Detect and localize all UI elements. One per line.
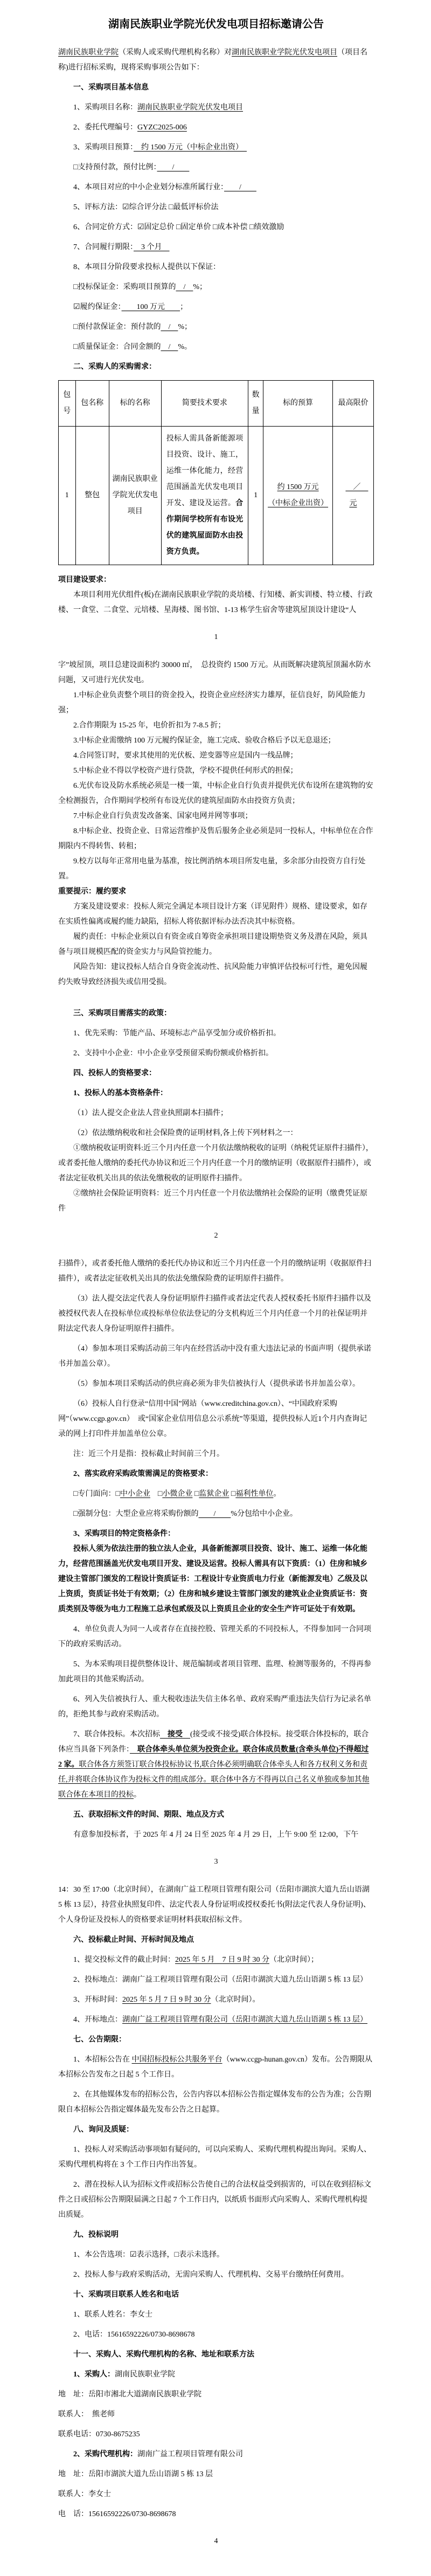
value: / [161, 343, 178, 351]
label: 3、开标时间： [73, 1996, 122, 2004]
option-sme: 中小企业 [120, 1490, 150, 1498]
s4-qualification-5: （5）参加本项目采购活动的供应商必须为非失信被执行人（提供承诺书并加盖公章）。 [58, 1377, 374, 1392]
s4-sub3-heading: 3、采购项目的特定资格条件： [58, 1527, 374, 1542]
label: □质量保证金：合同金额的 [73, 343, 161, 351]
value: 3 个月 [134, 243, 170, 251]
build-req-8: 8.中标企业、投资企业、日常运营维护及售后服务企业必须是同一投标人，中标单位在合… [58, 824, 374, 854]
section-gap [58, 990, 374, 1006]
s4-qualification-2b: ②缴纳社会保险证明资料：近三个月内任意一个月依法缴纳社会保险的证明（缴费凭证原件 [58, 1186, 374, 1217]
targeted-checkbox: □专门面向：□ [73, 1490, 120, 1498]
build-requirements-paragraph: 本项目利用光伏组件(板)在湖南民族职业学院的炎培楼、行知楼、新实训楼、特立楼、行… [58, 588, 374, 618]
pre: 7、联合体投标。本次招标 [73, 1730, 160, 1739]
agent-label: 2、采购代理机构： [73, 2450, 137, 2458]
value: 100 万元 [122, 303, 180, 311]
cell-subject: 湖南民族职业学院光伏发电项目 [109, 427, 161, 565]
page-number-2: 2 [58, 1228, 374, 1244]
sep: □ [229, 1490, 235, 1498]
col-header-pkg-no: 包号 [59, 381, 76, 427]
end: 。 [134, 1791, 141, 1799]
platform-name: 中国招标投标公共服务平台 [132, 2056, 223, 2064]
section-9-heading: 九、投标说明 [58, 2228, 374, 2243]
sep: □ [192, 1490, 199, 1498]
label: □强制分包：大型企业应将采购份额的 [73, 1510, 198, 1518]
s4-qualification-1: （1）法人提交企业法人营业执照副本扫描件； [58, 1106, 374, 1121]
col-header-pkg-name: 包名称 [75, 381, 109, 427]
build-req-2: 2.合作期限为 15-25 年，电价折扣为 7-8.5 折； [58, 718, 374, 733]
s11-agent: 2、采购代理机构：湖南广益工程项目管理有限公司 [58, 2447, 374, 2462]
label: 1、采购项目名称： [73, 104, 137, 112]
notice-performance-duty: 履约责任：中标企业须以自有资金或自筹资金承担项目建设期垫资义务及潜在风险，须具备… [58, 930, 374, 960]
sep: □ [150, 1490, 162, 1498]
s1-item-guarantees: 8、本项目分阶段要求投标人提供以下保证： [58, 260, 374, 275]
label: 1、提交投标文件的截止时间： [73, 1956, 175, 1964]
s6-bid-deadline: 1、提交投标文件的截止时间：2025 年 5 月 7 日 9 时 30 分（北京… [58, 1953, 374, 1968]
tender-announcement-document: 湖南民族职业学院光伏发电项目招标邀请公告 湖南民族职业学院（采购人或采购代理机构… [0, 0, 431, 2576]
label: 2、委托代理编号： [73, 123, 137, 132]
build-req-4: 4.合同签订时，要求其使用的光伏板、逆变器等应是国内一线品牌； [58, 748, 374, 764]
s4-qualification-2a: ①缴纳税收证明资料:近三个月内任意一个月依法缴纳税收的证明（纳税凭证原件扫描件）… [58, 1141, 374, 1186]
s8-inquiry: 1、投标人对采购活动事项如有疑问的，可以向采购人、采购代理机构提出询问。采购人、… [58, 2142, 374, 2173]
s11-agent-contact: 联系人：李女士 [58, 2487, 374, 2502]
buyer-value: 湖南民族职业学院 [115, 2371, 175, 2379]
s1-item-pricing-method: 6、合同定价方式：☑固定总价 □固定单价 □成本补偿 □绩效激励 [58, 220, 374, 235]
label: ☑履约保证金： [73, 303, 122, 311]
suffix: %； [193, 283, 207, 291]
s11-buyer-address: 地 址：岳阳市湘北大道湖南民族职业学院 [58, 2387, 374, 2402]
s1-bond-quality: □质量保证金：合同金额的 / %。 [58, 340, 374, 355]
s4-note-three-months: 注：近三个月是指：投标截止时间前三个月。 [58, 1447, 374, 1462]
s4-special-qualifications: 投标人须为依法注册的独立法人企业，具备新能源项目投资、设计、施工、运维一体化能力… [58, 1542, 374, 1617]
value: / [161, 323, 178, 331]
col-header-subject: 标的名称 [109, 381, 161, 427]
cell-max-price: ／ 元 [332, 427, 373, 565]
section-4-heading: 四、投标人的资格要求： [58, 1066, 374, 1081]
s11-agent-address: 地 址：岳阳市湖滨大道九岳山语湖 5 栋 13 层 [58, 2467, 374, 2482]
budget-amount: 约 1500 万元 [265, 479, 331, 496]
s7-announcement-platform: 1、本招标公告在 中国招标投标公共服务平台（www.ccgp-hunan.gov… [58, 2052, 374, 2083]
value: / [224, 183, 256, 191]
s1-item-contract-term: 7、合同履行期限： 3 个月 [58, 240, 374, 255]
intro-paragraph: 湖南民族职业学院（采购人或采购代理机构名称）对湖南民族职业学院光伏发电项目（项目… [58, 45, 374, 75]
value: 2025 年 5 月 7 日 9 时 30 分 [175, 1956, 269, 1964]
s4-qualification-4: （4）参加本项目采购活动前三年内在经营活动中没有重大违法记录的书面声明（提供承诺… [58, 1342, 374, 1372]
s4-item-dishonest-list: 6、列入失信被执行人、重大税收违法失信主体名单、政府采购严重违法失信行为记录名单… [58, 1692, 374, 1722]
s11-buyer: 1、采购人：湖南民族职业学院 [58, 2367, 374, 2382]
col-header-tech: 简要技术要求 [161, 381, 248, 427]
suffix: （北京时间）； [269, 1956, 318, 1964]
s4-sub1-heading: 1、投标人的基本资格条件： [58, 1086, 374, 1101]
build-req-1: 1.中标企业负责整个项目的资金投入，投资企业应经济实力雄厚，征信良好，防风险能力… [58, 688, 374, 718]
consortium-accept: 接受 [160, 1730, 190, 1739]
col-header-budget: 标的预算 [263, 381, 333, 427]
build-req-6: 6.光伏布设及防水系统必须是一楼一策，中标企业自行负责并提供光伏布设所在建筑物的… [58, 779, 374, 809]
notice-plan-requirements: 方案及建设要求：投标人须完全满足本项目设计方案（详见附件）规格、建设要求，如存在… [58, 899, 374, 930]
section-10-heading: 十、采购项目联系人姓名和电话 [58, 2288, 374, 2303]
s4-item-consortium-bidding: 7、联合体投标。本次招标 接受 (接受或不接受)联合体投标。接受联合体投标的，联… [58, 1727, 374, 1803]
pre: 1、本招标公告在 [73, 2056, 132, 2064]
section-3-heading: 三、采购项目需落实的政策： [58, 1006, 374, 1021]
s1-item-budget: 3、采购项目预算： 约 1500 万元（中标企业出资） [58, 140, 374, 155]
build-req-5: 5.中标企业不得以学校资产进行贷款，学校不提供任何形式的担保； [58, 764, 374, 779]
buyer-name: 湖南民族职业学院 [58, 49, 119, 57]
value: 约 1500 万元（中标企业出资） [134, 143, 247, 152]
consortium-condition-rest: 联合体各方须签订联合体投标协议书,联合体必须明确联合体牵头人和各方权利义务和责任… [58, 1761, 370, 1799]
s1-item-project-name: 1、采购项目名称：湖南民族职业学院光伏发电项目 [58, 100, 374, 115]
budget-note: （中标企业出资） [265, 496, 331, 512]
label: 7、合同履行期限： [73, 243, 134, 251]
s4-item-design-service-exclusion: 5、为本采购项目提供整体设计、规范编制或者项目管理、监理、检测等服务的，不得再参… [58, 1657, 374, 1687]
procurement-requirements-table: 包号 包名称 标的名称 简要技术要求 数量 标的预算 最高限价 1 整包 湖南民… [58, 380, 374, 565]
option-micro: 小微企业 [162, 1490, 192, 1498]
s1-item-agency-number: 2、委托代理编号：GYZC2025-006 [58, 120, 374, 135]
col-header-qty: 数量 [248, 381, 263, 427]
build-req-3: 3.中标企业需缴纳 100 万元履约保证金，施工完成、验收合格后予以无息退还； [58, 733, 374, 748]
s11-buyer-phone: 联系电话：0730-8675235 [58, 2427, 374, 2442]
table-header-row: 包号 包名称 标的名称 简要技术要求 数量 标的预算 最高限价 [59, 381, 374, 427]
s4-qualification-6: （6）投标人自行登录“信用中国”网站（www.creditchina.gov.c… [58, 1397, 374, 1442]
section-7-heading: 七、公告期限： [58, 2032, 374, 2048]
suffix: ； [180, 303, 187, 311]
project-name: 湖南民族职业学院光伏发电项目 [232, 49, 337, 57]
option-welfare: 福利性单位 [235, 1490, 273, 1498]
s4-qualification-3: （3）法人提交法定代表人身份证明原件扫描件或者法定代表人授权委托书原件扫描件以及… [58, 1292, 374, 1337]
page-number-1: 1 [58, 630, 374, 645]
s1-item-prepayment: □支持预付款，预付比例： / [58, 160, 374, 175]
section-5-heading: 五、获取招标文件的时间、期限、地点及方式 [58, 1808, 374, 1823]
s10-contact-phone: 2、电话：15616592226/0730-8698678 [58, 2327, 374, 2343]
s4-sub2-heading: 2、落实政府采购政策需满足的资格要求： [58, 1467, 374, 1482]
col-header-max-price: 最高限价 [332, 381, 373, 427]
s6-opening-location: 4、开标地点：湖南广益工程项目管理有限公司（岳阳市湖滨大道九岳山语湖 5 栋 1… [58, 2012, 374, 2028]
s8-challenge: 2、潜在投标人认为招标文件或招标公告使自己的合法权益受到损害的，可以在收到招标文… [58, 2177, 374, 2223]
s3-item-support-sme: 2、支持中小企业：中小企业享受预留采购份额或价格折扣。 [58, 1046, 374, 1061]
build-requirements-paragraph-continued: 字”坡屋顶，项目总建设面积约 30000 ㎡， 总投资约 1500 万元。从而既… [58, 658, 374, 688]
section-8-heading: 八、询问及质疑： [58, 2122, 374, 2138]
end: 。 [273, 1490, 281, 1498]
suffix: %分包给中小企业。 [231, 1510, 297, 1518]
s4-item-same-responsible-person: 4、单位负责人为同一人或者存在直接控股、管理关系的不同投标人，不得参加同一合同项… [58, 1622, 374, 1652]
suffix: （北京时间）。 [211, 1996, 260, 2004]
s11-buyer-contact: 联系人： 熊老师 [58, 2407, 374, 2422]
label: □预付款保证金：预付款的 [73, 323, 161, 331]
page-number-3: 3 [58, 1854, 374, 1870]
max-price-blank: ／ [335, 479, 372, 496]
option-prison: 监狱企业 [199, 1490, 229, 1498]
s1-bond-prepayment: □预付款保证金：预付款的 / %； [58, 320, 374, 335]
cell-budget: 约 1500 万元（中标企业出资） [263, 427, 333, 565]
build-requirements-label: 项目建设要求： [58, 573, 374, 588]
s1-item-industry: 4、本项目对应的中小企业划分标准所属行业： / [58, 180, 374, 195]
value: 湖南民族职业学院光伏发电项目 [137, 104, 243, 112]
s6-opening-time: 3、开标时间：2025 年 5 月 7 日 9 时 30 分（北京时间）。 [58, 1993, 374, 2008]
agent-value: 湖南广益工程项目管理有限公司 [137, 2450, 243, 2458]
s7-other-media: 2、在其他媒体发布的招标公告，公告内容以本招标公告指定媒体发布的公告为准；公告期… [58, 2087, 374, 2118]
value: 2025 年 5 月 7 日 9 时 30 分 [122, 1996, 211, 2004]
section-11-heading: 十一、采购人、采购代理机构的名称、地址和联系方法 [58, 2347, 374, 2362]
prepayment-checkbox: □支持预付款，预付比例： [73, 163, 157, 171]
page-title: 湖南民族职业学院光伏发电项目招标邀请公告 [58, 16, 374, 32]
value: / [157, 163, 189, 171]
s9-no-fees: 2、投标人参与政府采购活动，无需向采购人、代理机构、交易平台缴纳任何费用。 [58, 2268, 374, 2283]
suffix: %； [178, 323, 192, 331]
build-req-7: 7.中标企业自行负责发改备案、国家电网并网等事项； [58, 809, 374, 824]
label: 4、本项目对应的中小企业划分标准所属行业： [73, 183, 224, 191]
intro-text-1: （采购人或采购代理机构名称）对 [119, 49, 232, 57]
s10-contact-name: 1、联系人姓名：李女士 [58, 2307, 374, 2323]
label: 4、开标地点： [73, 2016, 122, 2024]
s4-policy-subcontract: □强制分包：大型企业应将采购份额的 / %分包给中小企业。 [58, 1507, 374, 1522]
suffix: %。 [178, 343, 192, 351]
label: 3、采购项目预算： [73, 143, 134, 152]
tech-normal: 投标人需具备新能源项目投资、设计、施工，运维一体化能力，经营范围涵盖光伏发电项目… [166, 435, 243, 507]
section-1-heading: 一、采购项目基本信息 [58, 80, 374, 95]
table-row: 1 整包 湖南民族职业学院光伏发电项目 投标人需具备新能源项目投资、设计、施工，… [59, 427, 374, 565]
cell-pkg-name: 整包 [75, 427, 109, 565]
important-notice-heading: 重要提示：履约要求 [58, 884, 374, 899]
cell-tech-requirements: 投标人需具备新能源项目投资、设计、施工，运维一体化能力，经营范围涵盖光伏发电项目… [161, 427, 248, 565]
s4-policy-targeted: □专门面向：□中小企业 □小微企业 □监狱企业 □福利性单位。 [58, 1487, 374, 1502]
s3-item-priority-procurement: 1、优先采购：节能产品、环境标志产品享受加分或价格折扣。 [58, 1026, 374, 1041]
notice-risk-warning: 风险告知：建议投标人结合自身资金流动性、抗风险能力审慎评估投标可行性，避免因履约… [58, 960, 374, 990]
max-price-unit: 元 [335, 496, 372, 512]
s5-document-obtain-paragraph-continued: 14：30 至 17:00（北京时间），在湖南广益工程项目管理有限公司（岳阳市湖… [58, 1883, 374, 1928]
value: GYZC2025-006 [137, 123, 187, 132]
build-req-9: 9.校方以每年正常用电量为基准，按比例消纳本项目所发电量，多余部分由投资方自行处… [58, 854, 374, 884]
value: / [198, 1510, 231, 1518]
cell-pkg-no: 1 [59, 427, 76, 565]
s4-qualification-2: （2）依法缴纳税收和社会保险费的证明材料,各上传下列材料之一： [58, 1126, 374, 1141]
s11-agent-phone: 电 话：15616592226/0730-8698678 [58, 2507, 374, 2522]
s1-item-evaluation-method: 5、评标方法：☑综合评分法 □最低评标价法 [58, 200, 374, 215]
cell-qty: 1 [248, 427, 263, 565]
s6-bid-location: 2、投标地点：湖南广益工程项目管理有限公司（岳阳市湖滨大道九岳山语湖 5 栋 1… [58, 1973, 374, 1988]
section-6-heading: 六、投标截止时间、开标时间及地点 [58, 1933, 374, 1948]
s4-qualification-2b-continued: 扫描件），或者委托他人缴纳的委托代办协议和近三个月内任意一个月的缴纳证明（收据原… [58, 1256, 374, 1287]
tech-bold: 合作期间学校所有布设光伏的建筑屋面防水由投资方负责。 [166, 499, 243, 556]
value: 湖南广益工程项目管理有限公司（岳阳市湖滨大道九岳山语湖 5 栋 13 层） [122, 2016, 367, 2024]
value: / [176, 283, 193, 291]
buyer-label: 1、采购人： [73, 2371, 115, 2379]
s9-checkbox-legend: 1、本公告选项：☑表示选择，□表示未选择。 [58, 2248, 374, 2263]
s1-bond-performance: ☑履约保证金： 100 万元 ； [58, 300, 374, 315]
s1-bond-bid: □投标保证金：采购项目预算的 / %； [58, 280, 374, 295]
page-number-4: 4 [58, 2534, 374, 2549]
label: □投标保证金：采购项目预算的 [73, 283, 176, 291]
section-2-heading: 二、采购人的采购需求： [58, 360, 374, 375]
s5-document-obtain-paragraph: 有意参加投标者，于 2025 年 4 月 24 日至 2025 年 4 月 29… [58, 1828, 374, 1843]
